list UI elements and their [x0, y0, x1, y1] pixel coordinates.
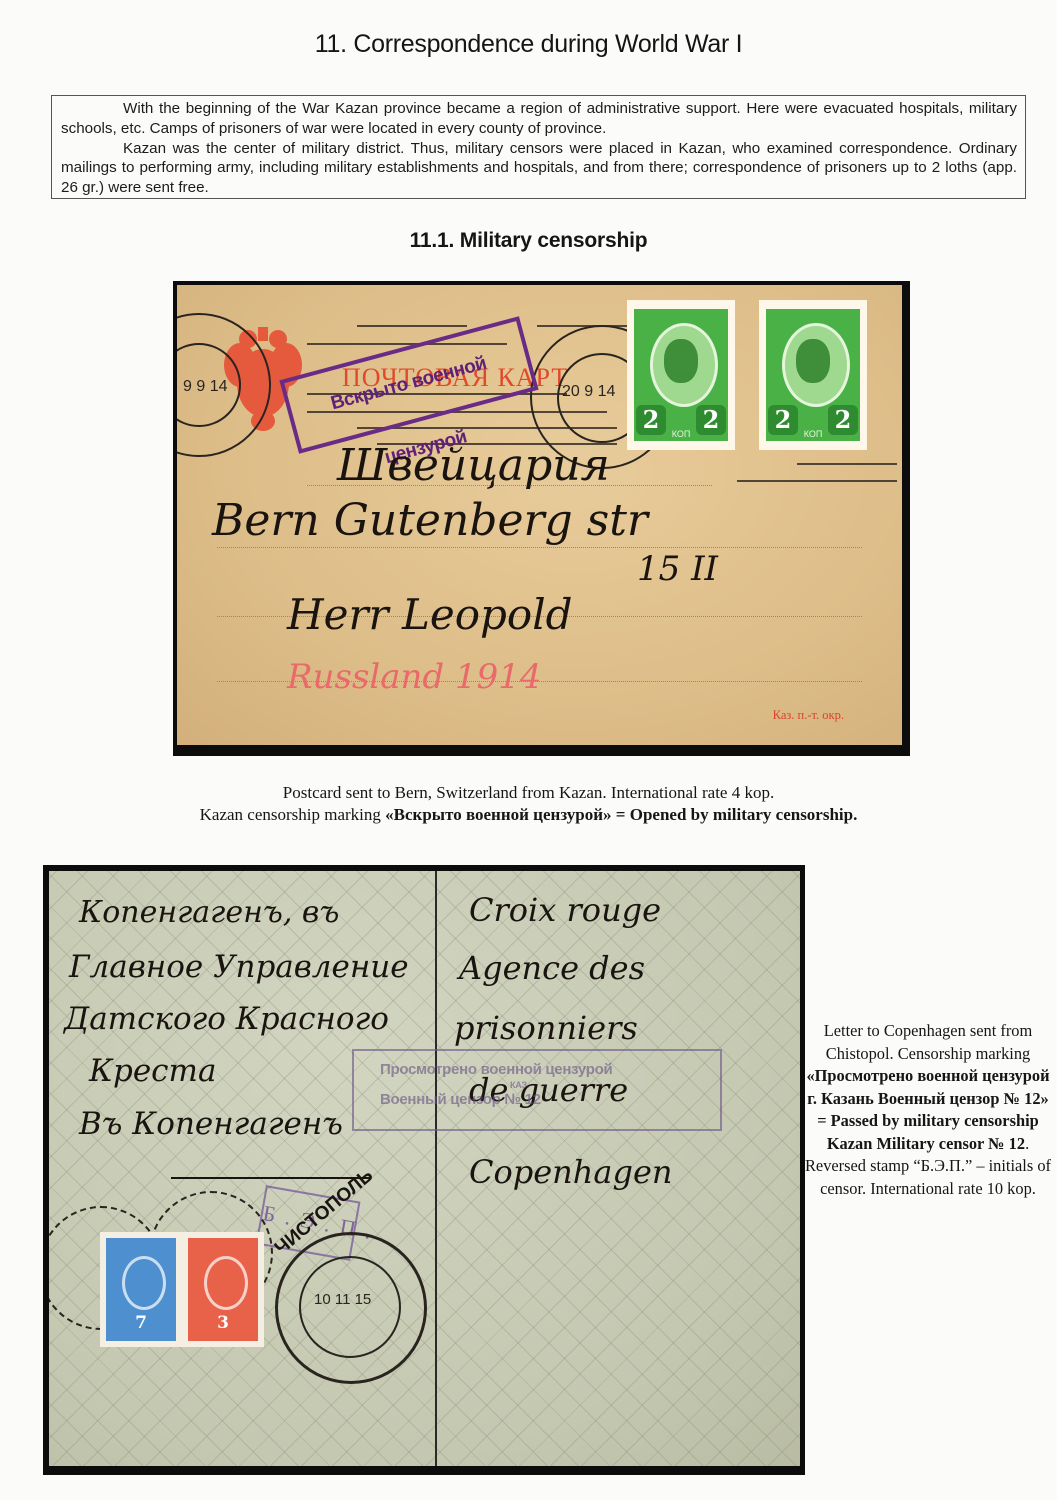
envelope-divider-line	[435, 871, 437, 1466]
printer-imprint: Каз. п.-т. окр.	[773, 708, 844, 723]
address-line: Швейцария	[337, 440, 610, 491]
section-title: 11.1. Military censorship	[0, 229, 1057, 253]
address-line: Bern Gutenberg str	[212, 495, 648, 546]
caption-line: Kazan censorship marking «Вскрыто военно…	[0, 804, 1057, 826]
address-line: 15 II	[637, 549, 718, 589]
stamp: 7	[100, 1232, 182, 1347]
page-title: 11. Correspondence during World War I	[0, 30, 1057, 59]
postcard-image: ПОЧТОВАЯ КАРТ 9 9 14 20 9 14 Вскрыто вое…	[177, 285, 902, 745]
intro-text-box: With the beginning of the War Kazan prov…	[51, 95, 1026, 199]
address-line: Главное Управление	[69, 949, 409, 985]
address-line: Датского Красного	[64, 1001, 389, 1037]
intro-paragraph: Kazan was the center of military distric…	[61, 139, 1017, 198]
envelope-mount: Копенгагенъ, въ Главное Управление Датск…	[43, 865, 805, 1475]
stamp: 2 2 КОП	[627, 300, 735, 450]
address-line: Agence des	[459, 949, 645, 987]
stamp: 3	[182, 1232, 264, 1347]
censor-marking: Просмотрено военной цензурой КАЗ. Военны…	[352, 1049, 722, 1131]
postcard-mount: ПОЧТОВАЯ КАРТ 9 9 14 20 9 14 Вскрыто вое…	[173, 281, 910, 756]
address-line: Copenhagen	[469, 1153, 673, 1191]
intro-paragraph: With the beginning of the War Kazan prov…	[61, 99, 1017, 139]
pencil-note: Russland 1914	[287, 657, 542, 697]
address-line: prisonniers	[454, 1009, 638, 1047]
censor-marking: Вскрыто военной цензурой	[279, 316, 538, 454]
envelope-caption: Letter to Copenhagen sent from Chistopol…	[803, 1020, 1053, 1200]
address-line: Въ Копенгагенъ	[79, 1106, 343, 1142]
postmark-date: 20 9 14	[562, 383, 615, 401]
envelope-image: Копенгагенъ, въ Главное Управление Датск…	[49, 871, 800, 1466]
address-line: Herr Leopold	[287, 590, 573, 639]
address-line: Croix rouge	[469, 891, 661, 929]
stamp: 2 2 КОП	[759, 300, 867, 450]
address-line: Копенгагенъ, въ	[79, 895, 339, 930]
caption-line: Postcard sent to Bern, Switzerland from …	[0, 782, 1057, 804]
postcard-caption: Postcard sent to Bern, Switzerland from …	[0, 782, 1057, 826]
postmark-date: 10 11 15	[314, 1291, 371, 1308]
address-line: Креста	[89, 1053, 216, 1089]
